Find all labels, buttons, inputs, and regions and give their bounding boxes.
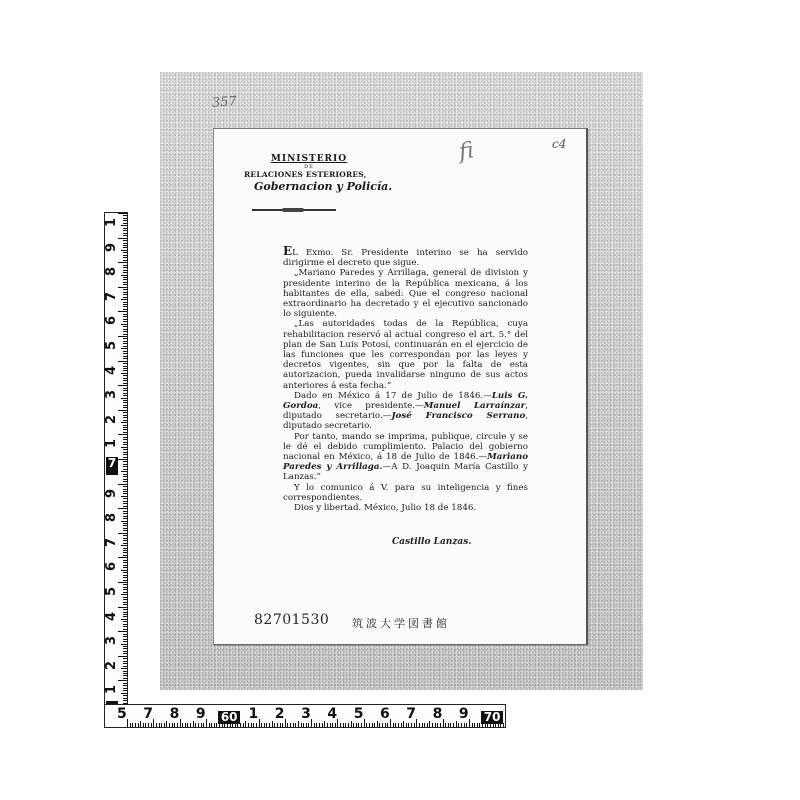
paragraph-intro: EL Exmo. Sr. Presidente interino se ha s… [283, 246, 528, 268]
paragraph-communication: Y lo comunico á V. para su inteligencia … [283, 483, 528, 503]
ministry-gobernacion: Gobernacion y Policía. [254, 180, 364, 193]
ruler-box-marker: 7 [106, 457, 118, 475]
ministry-relaciones: RELACIONES ESTERIORES, [244, 170, 364, 179]
mat-handwritten-number: 357 [212, 94, 238, 111]
horizontal-scale-ruler: 57896012345678970 [104, 704, 506, 728]
ruler-label: 8 [170, 706, 180, 722]
ruler-label: 6 [104, 562, 119, 571]
paragraph-closing: Dios y libertad. México, Julio 18 de 184… [283, 503, 528, 513]
handwritten-mark-left: fi [457, 138, 475, 165]
ruler-label: 9 [196, 706, 206, 722]
ruler-label: 9 [459, 706, 469, 722]
ruler-box-marker: 60 [218, 711, 240, 724]
ruler-label: 8 [104, 513, 119, 522]
ruler-label: 7 [406, 706, 416, 722]
ruler-label: 1 [104, 218, 119, 227]
ruler-label: 9 [104, 489, 119, 498]
ruler-label: 4 [327, 706, 337, 722]
drop-cap: E [283, 244, 292, 258]
paragraph-decree-intro: „Mariano Paredes y Arrillaga, general de… [283, 268, 528, 319]
ruler-label: 4 [104, 612, 119, 621]
decree-body: EL Exmo. Sr. Presidente interino se ha s… [283, 246, 528, 513]
handwritten-mark-right: c4 [552, 137, 566, 151]
paragraph-dated: Dado en México á 17 de Julio de 1846.—Lu… [283, 391, 528, 432]
vertical-scale-ruler: 1987654321798765432190 [104, 212, 128, 719]
ruler-label: 7 [104, 538, 119, 547]
ruler-label: 3 [104, 390, 119, 399]
document-page: fi c4 MINISTERIO DE RELACIONES ESTERIORE… [213, 128, 588, 645]
paragraph-decree-article: „Las autoridades todas de la República, … [283, 319, 528, 390]
ruler-box-marker: 70 [481, 711, 503, 724]
paragraph-por-tanto: Por tanto, mando se imprima, publique, c… [283, 432, 528, 483]
ruler-label: 5 [104, 341, 119, 350]
ruler-label: 1 [249, 706, 259, 722]
ruler-label: 5 [354, 706, 364, 722]
ministry-heading: MINISTERIO DE RELACIONES ESTERIORES, Gob… [254, 154, 364, 193]
ruler-label: 9 [104, 243, 119, 252]
signature: Castillo Lanzas. [392, 537, 471, 547]
ruler-label: 5 [117, 706, 127, 722]
ruler-label: 6 [104, 316, 119, 325]
ornamental-rule [252, 209, 336, 211]
ruler-label: 3 [104, 636, 119, 645]
ruler-label: 1 [104, 685, 119, 694]
ruler-label: 8 [433, 706, 443, 722]
ruler-label: 1 [104, 439, 119, 448]
library-name-stamp: 筑波大学図書館 [352, 615, 450, 631]
ruler-label: 4 [104, 366, 119, 375]
ministry-title: MINISTERIO [254, 154, 364, 164]
ruler-label: 7 [143, 706, 153, 722]
ruler-label: 8 [104, 267, 119, 276]
ruler-label: 5 [104, 587, 119, 596]
ruler-label: 2 [275, 706, 285, 722]
ruler-label: 2 [104, 415, 119, 424]
ruler-label: 6 [380, 706, 390, 722]
ruler-label: 2 [104, 661, 119, 670]
ruler-label: 3 [301, 706, 311, 722]
ruler-label: 7 [104, 292, 119, 301]
library-call-number: 82701530 [254, 612, 329, 628]
